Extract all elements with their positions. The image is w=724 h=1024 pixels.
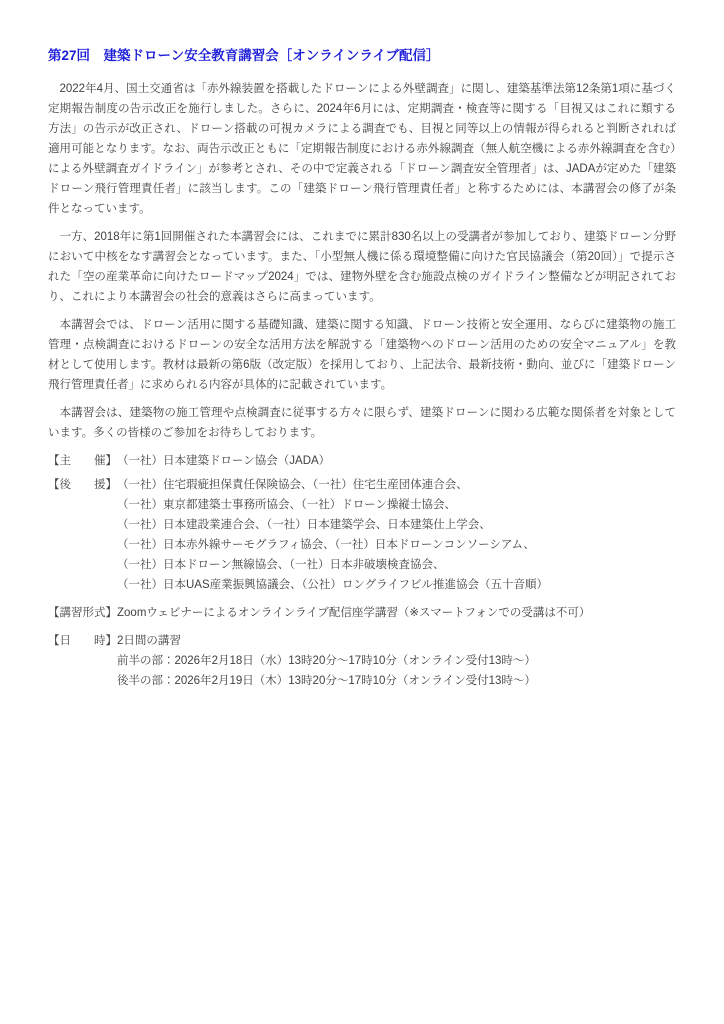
info-line: Zoomウェビナーによるオンラインライブ配信座学講習（※スマートフォンでの受講は… [117, 603, 676, 623]
info-line: （一社）日本赤外線サーモグラフィ協会、（一社）日本ドローンコンソーシアム、 [117, 535, 676, 555]
info-row-format: 【講習形式】 Zoomウェビナーによるオンラインライブ配信座学講習（※スマートフ… [48, 603, 676, 623]
info-label: 【日 時】 [48, 631, 117, 651]
paragraph-seminar-history: 一方、2018年に第1回開催された本講習会には、これまでに累計830名以上の受講… [48, 227, 676, 307]
info-line: （一社）日本UAS産業振興協議会、（公社）ロングライフビル推進協会（五十音順） [117, 575, 676, 595]
info-line: （一社）日本建築ドローン協会（JADA） [117, 451, 676, 471]
info-line: 前半の部：2026年2月18日（水）13時20分～17時10分（オンライン受付1… [117, 651, 676, 671]
info-section: 【主 催】 （一社）日本建築ドローン協会（JADA） 【後 援】 （一社）住宅瑕… [48, 451, 676, 706]
info-label: 【開催方法】 [48, 703, 117, 706]
paragraph-curriculum: 本講習会では、ドローン活用に関する基礎知識、建築に関する知識、ドローン技術と安全… [48, 315, 676, 395]
paragraph-regulation-background: 2022年4月、国土交通省は「赤外線装置を搭載したドローンによる外壁調査」に関し… [48, 79, 676, 219]
info-line: （一社）住宅瑕疵担保責任保険協会、（一社）住宅生産団体連合会、 [117, 475, 676, 495]
info-label: 【後 援】 [48, 475, 117, 495]
paragraph-target-audience: 本講習会は、建築物の施工管理や点検調査に従事する方々に限らず、建築ドローンに関わ… [48, 403, 676, 443]
info-label: 【講習形式】 [48, 603, 117, 623]
document-page: 第27回 建築ドローン安全教育講習会［オンラインライブ配信］ 2022年4月、国… [0, 0, 724, 1024]
info-line: （一社）日本ドローン無線協会、（一社）日本非破壊検査協会、 [117, 555, 676, 575]
info-row-supporters: 【後 援】 （一社）住宅瑕疵担保責任保険協会、（一社）住宅生産団体連合会、 （一… [48, 475, 676, 595]
info-row-organizer: 【主 催】 （一社）日本建築ドローン協会（JADA） [48, 451, 676, 471]
info-label: 【主 催】 [48, 451, 117, 471]
info-line: （一社）日本建設業連合会、（一社）日本建築学会、日本建築仕上学会、 [117, 515, 676, 535]
page-title: 第27回 建築ドローン安全教育講習会［オンラインライブ配信］ [48, 48, 676, 64]
clipped-bottom-line: 【開催方法】 オンラインライブ配信 [48, 695, 676, 706]
info-line: オンラインライブ配信 [117, 703, 676, 706]
info-line: 後半の部：2026年2月19日（木）13時20分～17時10分（オンライン受付1… [117, 671, 676, 691]
info-line: 2日間の講習 [117, 631, 676, 651]
info-row-delivery-method: 【開催方法】 オンラインライブ配信 [48, 703, 676, 706]
info-row-schedule: 【日 時】 2日間の講習 前半の部：2026年2月18日（水）13時20分～17… [48, 631, 676, 691]
info-line: （一社）東京都建築士事務所協会、（一社）ドローン操縦士協会、 [117, 495, 676, 515]
